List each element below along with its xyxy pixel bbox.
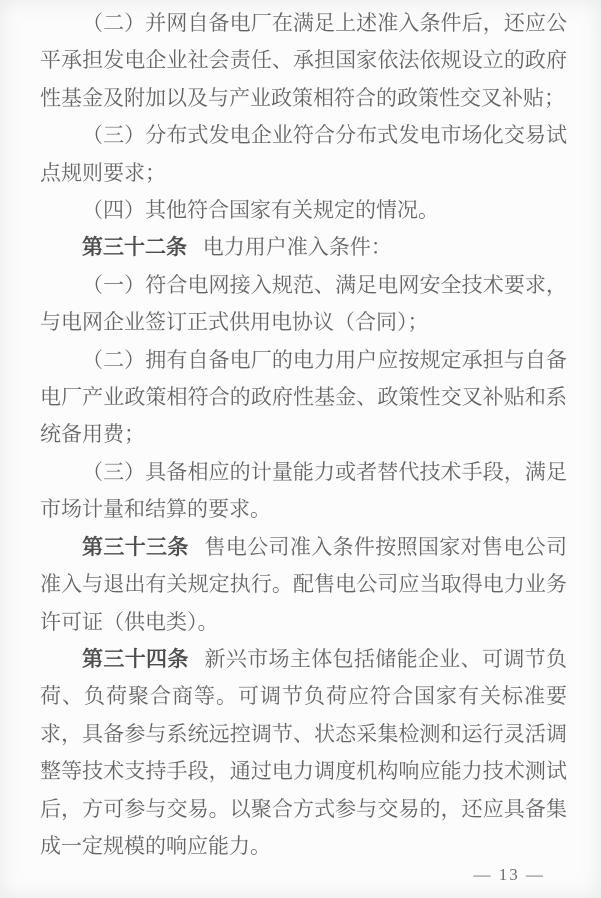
paragraph-text: 电力用户准入条件： (203, 235, 392, 259)
paragraph-text: （二）拥有自备电厂的电力用户应按规定承担与自备电厂产业政策相符合的政府性基金、政… (40, 348, 567, 447)
paragraph-text: （四）其他符合国家有关规定的情况。 (82, 198, 439, 222)
paragraph-text: （三）具备相应的计量能力或者替代技术手段，满足市场计量和结算的要求。 (40, 460, 567, 521)
paragraph: （一）符合电网接入规范、满足电网安全技术要求，与电网企业签订正式供用电协议（合同… (40, 267, 567, 342)
paragraph: 第三十三条售电公司准入条件按照国家对售电公司准入与退出有关规定执行。配售电公司应… (40, 529, 567, 641)
paragraph: （二）并网自备电厂在满足上述准入条件后，还应公平承担发电企业社会责任、承担国家依… (40, 5, 567, 117)
document-page: （二）并网自备电厂在满足上述准入条件后，还应公平承担发电企业社会责任、承担国家依… (0, 0, 601, 898)
paragraph: 第三十四条新兴市场主体包括储能企业、可调节负荷、负荷聚合商等。可调节负荷应符合国… (40, 641, 567, 865)
paragraph: （二）拥有自备电厂的电力用户应按规定承担与自备电厂产业政策相符合的政府性基金、政… (40, 342, 567, 454)
paragraph: （三）具备相应的计量能力或者替代技术手段，满足市场计量和结算的要求。 (40, 454, 567, 529)
paragraph-text: （一）符合电网接入规范、满足电网安全技术要求，与电网企业签订正式供用电协议（合同… (40, 273, 567, 334)
article-number: 第三十三条 (82, 535, 189, 559)
paragraph-text: 新兴市场主体包括储能企业、可调节负荷、负荷聚合商等。可调节负荷应符合国家有关标准… (40, 647, 567, 858)
document-body: （二）并网自备电厂在满足上述准入条件后，还应公平承担发电企业社会责任、承担国家依… (40, 5, 567, 865)
paragraph-text: （三）分布式发电企业符合分布式发电市场化交易试点规则要求； (40, 123, 567, 184)
article-number: 第三十二条 (82, 235, 187, 259)
paragraph: （三）分布式发电企业符合分布式发电市场化交易试点规则要求； (40, 117, 567, 192)
paragraph: （四）其他符合国家有关规定的情况。 (40, 192, 567, 229)
article-number: 第三十四条 (82, 647, 189, 671)
paragraph: 第三十二条电力用户准入条件： (40, 229, 567, 266)
paragraph-text: （二）并网自备电厂在满足上述准入条件后，还应公平承担发电企业社会责任、承担国家依… (40, 11, 567, 110)
page-number: — 13 — (474, 865, 546, 885)
